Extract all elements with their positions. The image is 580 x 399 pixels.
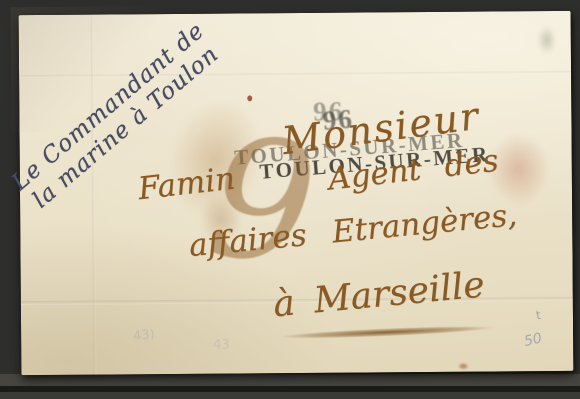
- table-surface-band: [0, 374, 580, 386]
- grey-smudge: [534, 19, 560, 61]
- pencil-mark-top: t: [535, 308, 542, 323]
- letter-sheet: Le Commandant de la marine à Toulon 96 9…: [19, 11, 574, 375]
- address-underline-flourish: [279, 324, 494, 341]
- pencil-mark-left-2: 43: [213, 338, 230, 353]
- pencil-mark-price: 50: [523, 330, 544, 349]
- pencil-mark-left: 43): [132, 327, 155, 344]
- table-lower-band: [0, 392, 580, 399]
- photo-scene: Le Commandant de la marine à Toulon 96 9…: [0, 0, 580, 399]
- rust-speck: [459, 364, 467, 369]
- upper-fold-crease: [19, 71, 571, 78]
- vertical-fold-crease: [91, 15, 97, 375]
